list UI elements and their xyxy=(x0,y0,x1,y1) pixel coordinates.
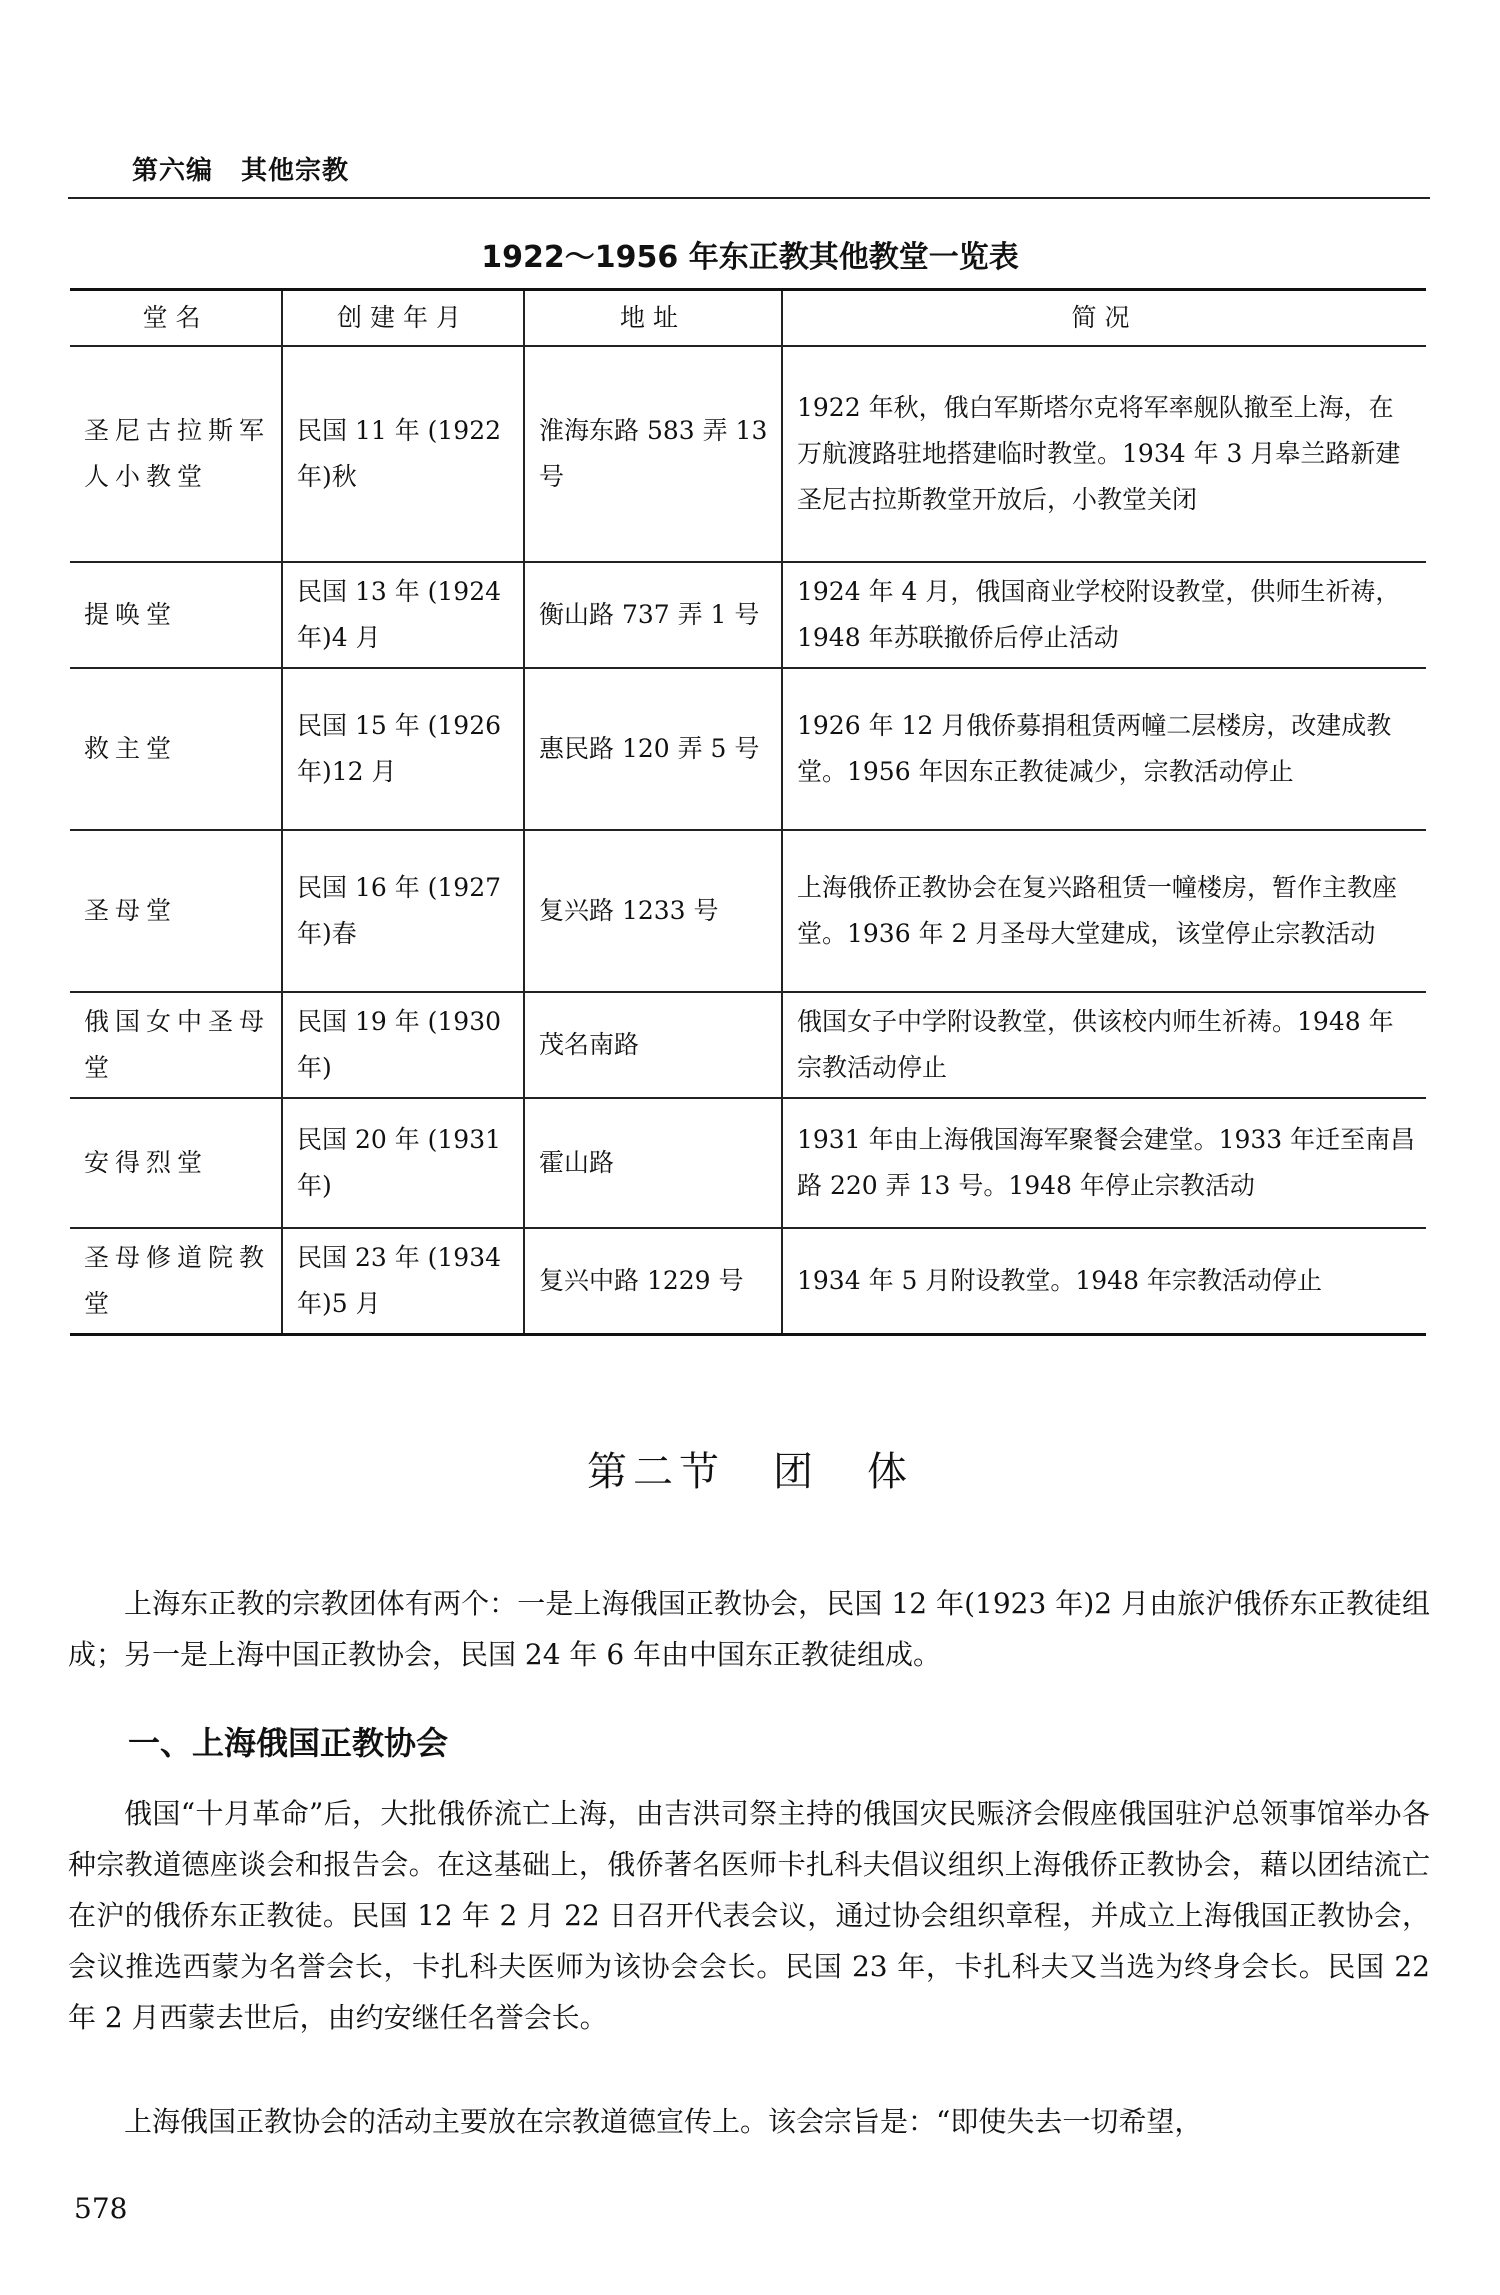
section-title-char-2: 体 xyxy=(867,1449,913,1495)
section-title: 第二节团体 xyxy=(0,1440,1500,1497)
cell-name: 安得烈堂 xyxy=(70,1098,282,1228)
table-row: 安得烈堂 民国 20 年 (1931 年) 霍山路 1931 年由上海俄国海军聚… xyxy=(70,1098,1426,1228)
cell-address: 复兴中路 1229 号 xyxy=(524,1228,782,1335)
cell-summary: 上海俄侨正教协会在复兴路租赁一幢楼房，暂作主教座堂。1936 年 2 月圣母大堂… xyxy=(782,830,1426,992)
cell-name: 圣母堂 xyxy=(70,830,282,992)
section-title-char-1: 团 xyxy=(773,1449,819,1495)
subsection-title: 一、上海俄国正教协会 xyxy=(128,1718,448,1764)
table-row: 俄国女中圣母堂 民国 19 年 (1930 年) 茂名南路 俄国女子中学附设教堂… xyxy=(70,992,1426,1098)
section-number: 第二节 xyxy=(587,1449,725,1495)
page-number: 578 xyxy=(74,2192,127,2225)
header-founded: 创建年月 xyxy=(282,290,524,347)
cell-address: 衡山路 737 弄 1 号 xyxy=(524,562,782,668)
table-row: 圣母堂 民国 16 年 (1927 年)春 复兴路 1233 号 上海俄侨正教协… xyxy=(70,830,1426,992)
running-head-title: 其他宗教 xyxy=(241,156,349,186)
header-rule xyxy=(68,197,1430,199)
churches-table: 堂名 创建年月 地址 简况 圣尼古拉斯军人小教堂 民国 11 年 (1922 年… xyxy=(70,288,1426,1336)
cell-summary: 1924 年 4 月，俄国商业学校附设教堂，供师生祈祷，1948 年苏联撤侨后停… xyxy=(782,562,1426,668)
cell-founded: 民国 13 年 (1924 年)4 月 xyxy=(282,562,524,668)
cell-name: 圣母修道院教堂 xyxy=(70,1228,282,1335)
cell-address: 惠民路 120 弄 5 号 xyxy=(524,668,782,830)
cell-founded: 民国 16 年 (1927 年)春 xyxy=(282,830,524,992)
running-head: 第六编其他宗教 xyxy=(132,150,349,187)
table-title: 1922～1956 年东正教其他教堂一览表 xyxy=(0,232,1500,276)
cell-name: 提唤堂 xyxy=(70,562,282,668)
cell-name: 圣尼古拉斯军人小教堂 xyxy=(70,346,282,562)
cell-name: 救主堂 xyxy=(70,668,282,830)
header-summary: 简况 xyxy=(782,290,1426,347)
cell-address: 复兴路 1233 号 xyxy=(524,830,782,992)
header-address: 地址 xyxy=(524,290,782,347)
body-paragraph-2: 上海俄国正教协会的活动主要放在宗教道德宣传上。该会宗旨是：“即使失去一切希望， xyxy=(68,2096,1430,2147)
cell-summary: 俄国女子中学附设教堂，供该校内师生祈祷。1948 年宗教活动停止 xyxy=(782,992,1426,1098)
cell-name: 俄国女中圣母堂 xyxy=(70,992,282,1098)
intro-paragraph: 上海东正教的宗教团体有两个：一是上海俄国正教协会，民国 12 年(1923 年)… xyxy=(68,1578,1430,1680)
cell-founded: 民国 19 年 (1930 年) xyxy=(282,992,524,1098)
cell-summary: 1934 年 5 月附设教堂。1948 年宗教活动停止 xyxy=(782,1228,1426,1335)
cell-address: 茂名南路 xyxy=(524,992,782,1098)
body-paragraph-1: 俄国“十月革命”后，大批俄侨流亡上海，由吉洪司祭主持的俄国灾民赈济会假座俄国驻沪… xyxy=(68,1788,1430,2043)
cell-founded: 民国 23 年 (1934 年)5 月 xyxy=(282,1228,524,1335)
cell-founded: 民国 11 年 (1922 年)秋 xyxy=(282,346,524,562)
table-row: 圣母修道院教堂 民国 23 年 (1934 年)5 月 复兴中路 1229 号 … xyxy=(70,1228,1426,1335)
table-header-row: 堂名 创建年月 地址 简况 xyxy=(70,290,1426,347)
cell-founded: 民国 20 年 (1931 年) xyxy=(282,1098,524,1228)
table-row: 提唤堂 民国 13 年 (1924 年)4 月 衡山路 737 弄 1 号 19… xyxy=(70,562,1426,668)
cell-summary: 1922 年秋，俄白军斯塔尔克将军率舰队撤至上海，在万航渡路驻地搭建临时教堂。1… xyxy=(782,346,1426,562)
table-row: 救主堂 民国 15 年 (1926 年)12 月 惠民路 120 弄 5 号 1… xyxy=(70,668,1426,830)
table-row: 圣尼古拉斯军人小教堂 民国 11 年 (1922 年)秋 淮海东路 583 弄 … xyxy=(70,346,1426,562)
cell-address: 霍山路 xyxy=(524,1098,782,1228)
header-name: 堂名 xyxy=(70,290,282,347)
cell-summary: 1931 年由上海俄国海军聚餐会建堂。1933 年迁至南昌路 220 弄 13 … xyxy=(782,1098,1426,1228)
cell-summary: 1926 年 12 月俄侨募捐租赁两幢二层楼房，改建成教堂。1956 年因东正教… xyxy=(782,668,1426,830)
cell-founded: 民国 15 年 (1926 年)12 月 xyxy=(282,668,524,830)
running-head-part: 第六编 xyxy=(132,156,213,186)
cell-address: 淮海东路 583 弄 13 号 xyxy=(524,346,782,562)
